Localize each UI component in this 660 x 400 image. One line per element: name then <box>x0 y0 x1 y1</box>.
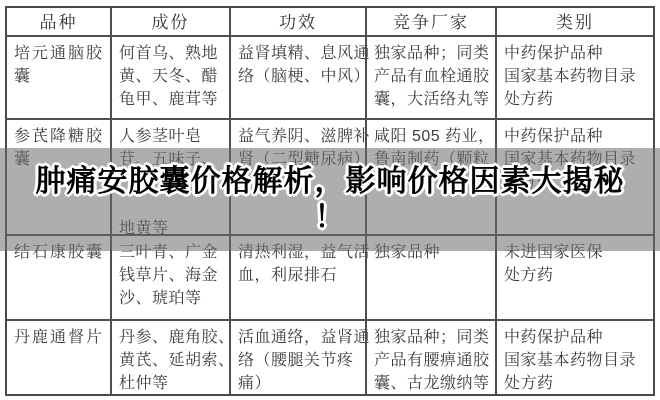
col-header-ingredients: 成份 <box>110 8 229 35</box>
cell-r4-category: 中药保护品种 国家基本药物目录 处方药 <box>495 319 653 395</box>
col-header-variety: 品种 <box>7 8 110 35</box>
cell-r4-competitors: 独家品种；同类 产品有腰痹通胶 囊、古龙缴纳等 <box>365 319 495 395</box>
cell-r1-ingredients: 何首乌、熟地 黄、天冬、醋 龟甲、鹿茸等 <box>110 35 229 118</box>
cell-r4-efficacy: 活血通络，益肾通 络（腰腿关节疼 痛） <box>229 319 365 395</box>
cell-r1-category: 中药保护品种 国家基本药物目录 处方药 <box>495 35 653 118</box>
screenshot-root: 品种 成份 功效 竞争厂家 类别 培元通脑胶 囊 何首乌、熟地 黄、天冬、醋 龟… <box>0 0 660 400</box>
cell-r1-competitors: 独家品种；同类 产品有血栓通胶 囊，大活络丸等 <box>365 35 495 118</box>
cell-r1-variety: 培元通脑胶 囊 <box>7 35 110 118</box>
col-header-efficacy: 功效 <box>229 8 365 35</box>
cell-r4-ingredients: 丹参、鹿角胶、 黄芪、延胡索、 杜仲等 <box>110 319 229 395</box>
col-header-competitors: 竞争厂家 <box>365 8 495 35</box>
headline-line1: 肿痛安胶囊价格解析，影响价格因素大揭秘 <box>36 164 625 200</box>
col-header-category: 类别 <box>495 8 653 35</box>
cell-r1-efficacy: 益肾填精、息风通 络（脑梗、中风） <box>229 35 365 118</box>
headline-overlay-band: 肿痛安胶囊价格解析，影响价格因素大揭秘 ！ <box>0 148 660 251</box>
headline-line2: ！ <box>315 200 346 236</box>
cell-r4-variety: 丹鹿通督片 <box>7 319 110 395</box>
